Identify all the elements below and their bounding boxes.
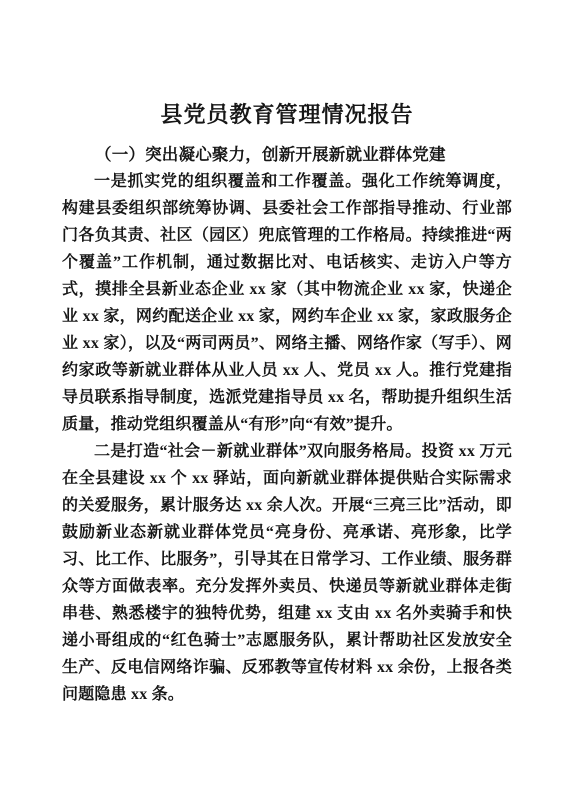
section-heading: （一）突出凝心聚力，创新开展新就业群体党建 [62,141,512,168]
body-paragraph-2: 二是打造“社会－新就业群体”双向服务格局。投资 xx 万元在全县建设 xx 个 … [62,438,512,708]
body-paragraph-1: 一是抓实党的组织覆盖和工作覆盖。强化工作统筹调度，构建县委组织部统筹协调、县委社… [62,168,512,438]
document-title: 县党员教育管理情况报告 [62,99,512,131]
document-page: 县党员教育管理情况报告 （一）突出凝心聚力，创新开展新就业群体党建 一是抓实党的… [0,0,570,807]
